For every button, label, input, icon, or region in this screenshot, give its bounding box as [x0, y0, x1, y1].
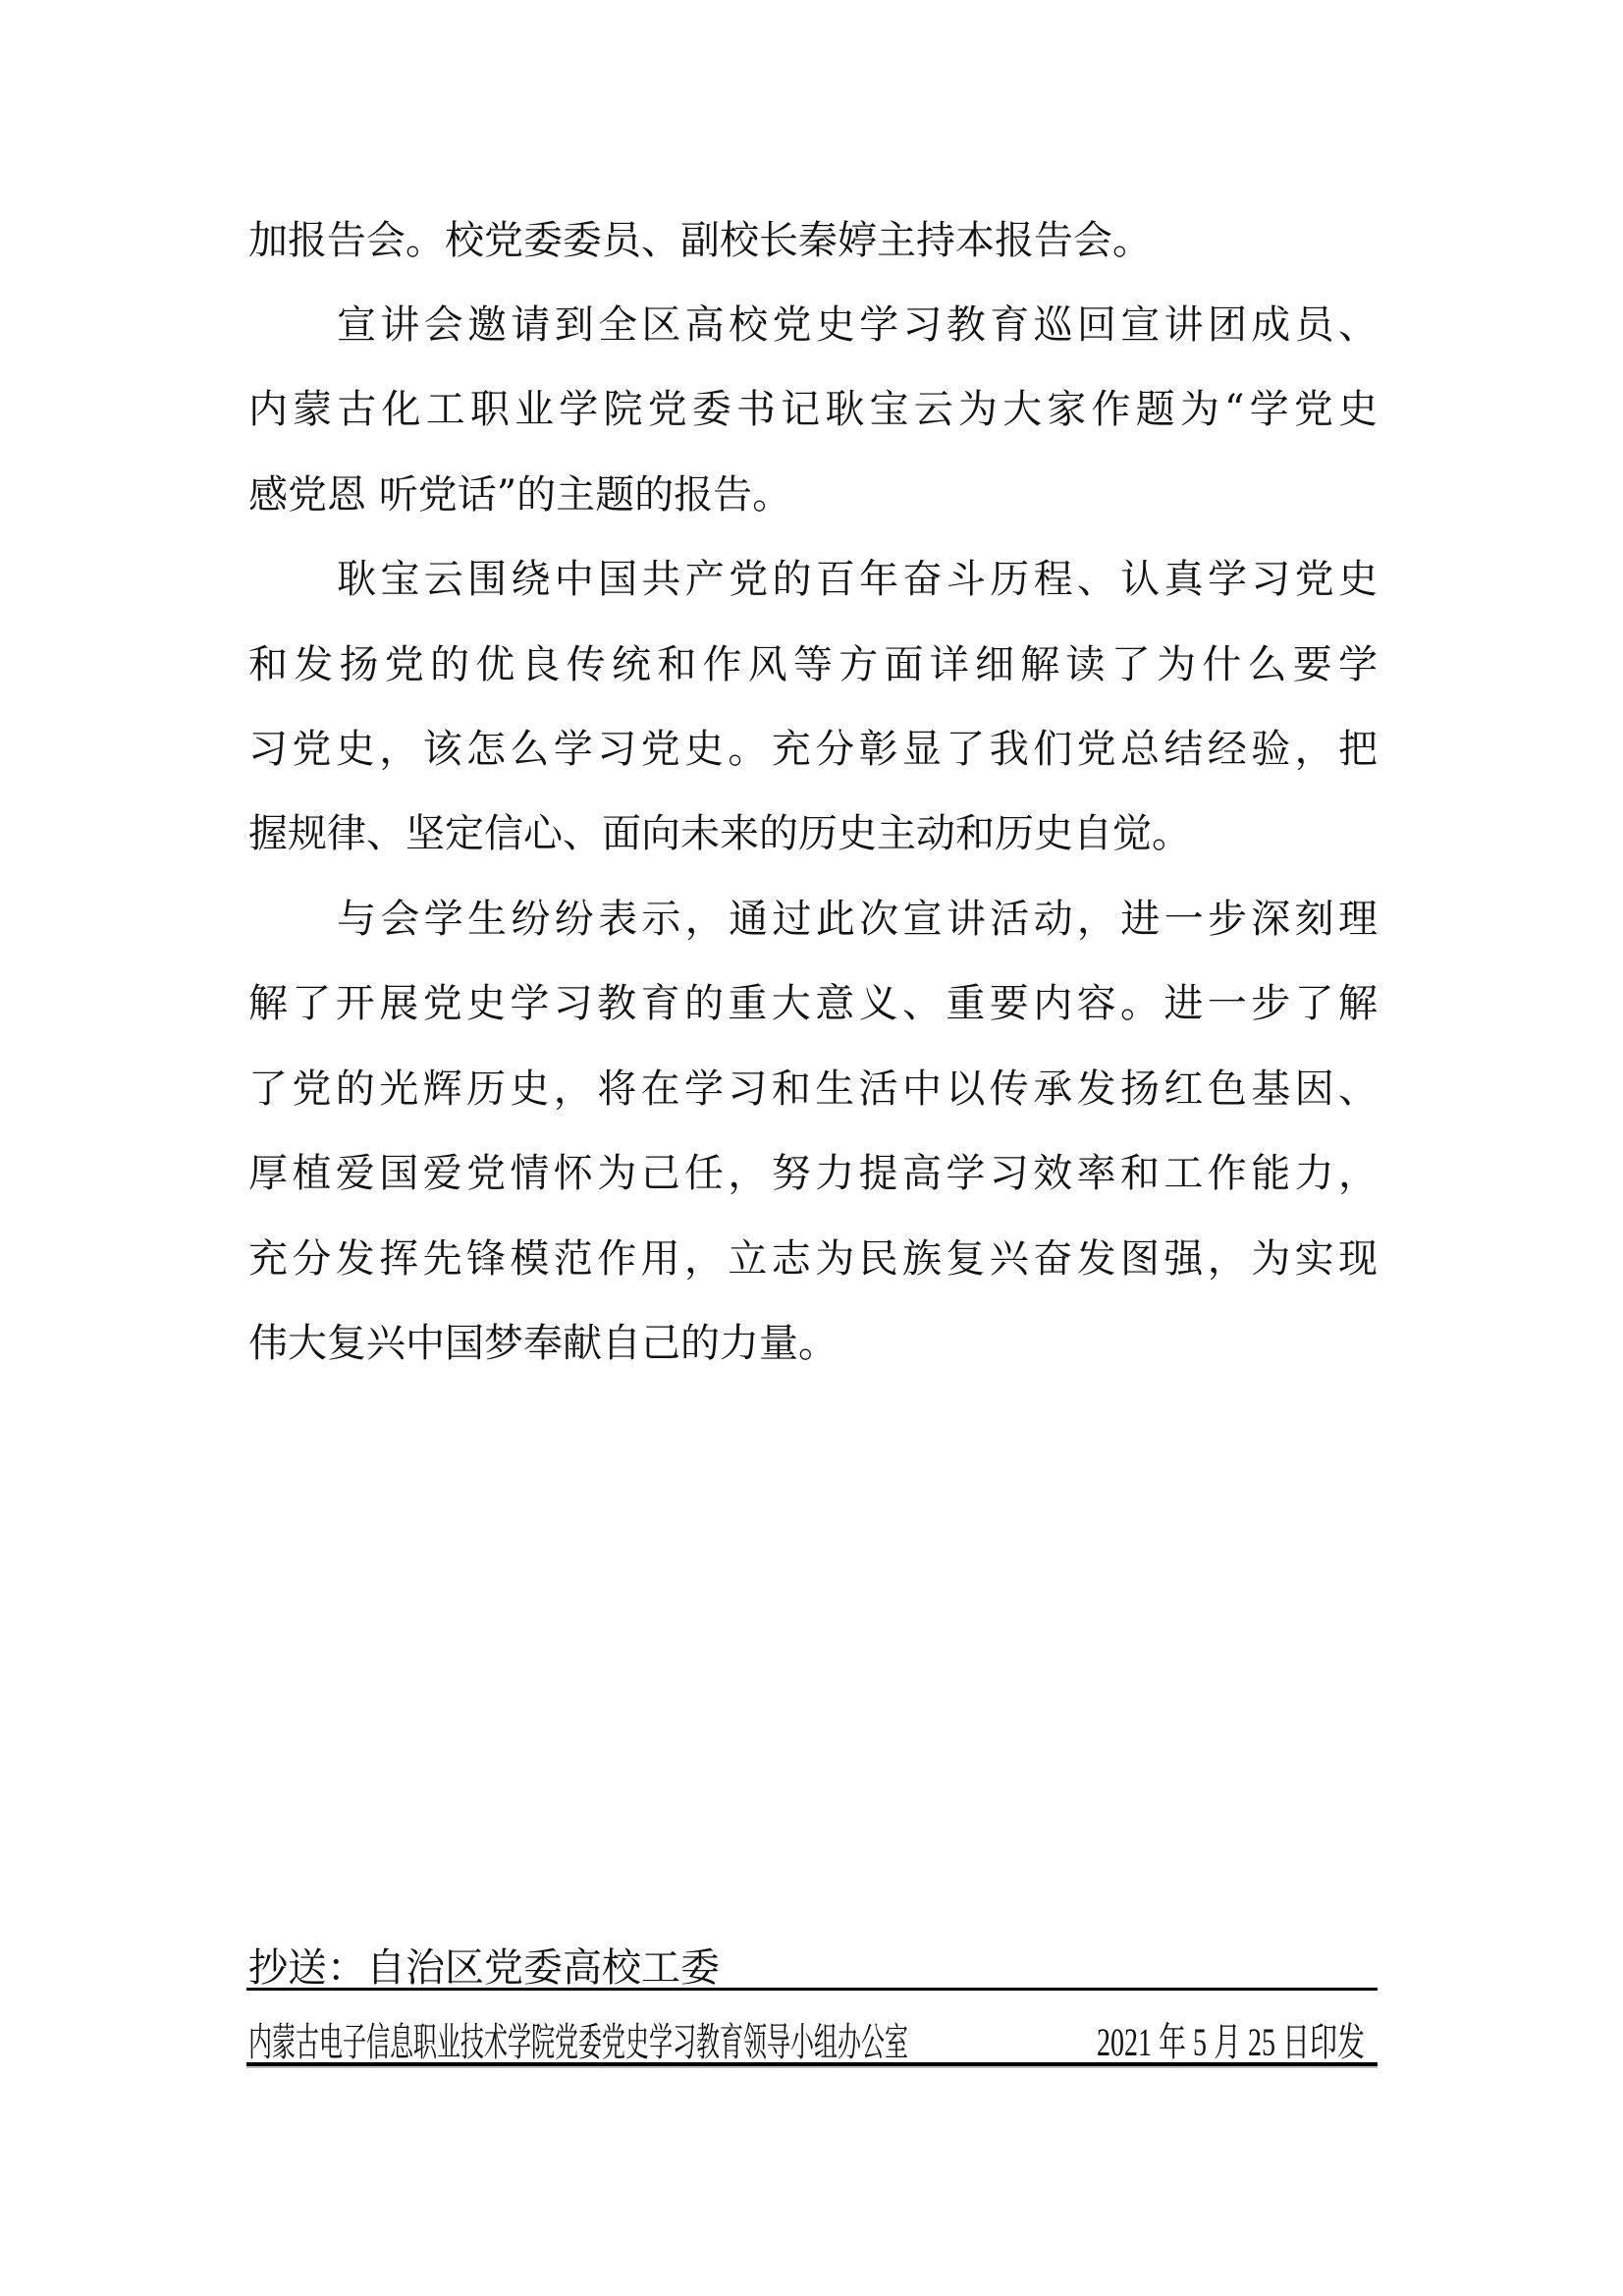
paragraph-line: 内蒙古化工职业学院党委书记耿宝云为大家作题为“学党史 — [248, 386, 1378, 433]
paragraph-line: 感党恩 听党话”的主题的报告。 — [248, 471, 1378, 519]
issue-date: 2021 年 5 月 25 日印发 — [1097, 2019, 1365, 2066]
paragraph-line: 与会学生纷纷表示，通过此次宣讲活动，进一步深刻理 — [337, 896, 1378, 943]
paragraph-line: 习党史，该怎么学习党史。充分彰显了我们党总结经验，把 — [248, 726, 1378, 773]
cc-recipients: 抄送：自治区党委高校工委 — [248, 1944, 720, 1992]
paragraph-line: 宣讲会邀请到全区高校党史学习教育巡回宣讲团成员、 — [337, 301, 1378, 349]
paragraph-line: 厚植爱国爱党情怀为己任，努力提高学习效率和工作能力， — [248, 1150, 1378, 1197]
footer-divider-thin — [246, 1988, 1378, 1991]
issuing-office: 内蒙古电子信息职业技术学院党委党史学习教育领导小组办公室 — [248, 2019, 908, 2066]
paragraph-line: 加报告会。校党委委员、副校长秦婷主持本报告会。 — [248, 217, 1378, 264]
paragraph-line: 解了开展党史学习教育的重大意义、重要内容。进一步了解 — [248, 980, 1378, 1027]
paragraph-line: 和发扬党的优良传统和作风等方面详细解读了为什么要学 — [248, 641, 1378, 688]
paragraph-line: 耿宝云围绕中国共产党的百年奋斗历程、认真学习党史 — [337, 556, 1378, 603]
footer-divider-thick — [246, 2062, 1378, 2068]
paragraph-line: 了党的光辉历史，将在学习和生活中以传承发扬红色基因、 — [248, 1066, 1378, 1113]
paragraph-line: 充分发挥先锋模范作用，立志为民族复兴奋发图强，为实现 — [248, 1235, 1378, 1283]
paragraph-line: 握规律、坚定信心、面向未来的历史主动和历史自觉。 — [248, 810, 1378, 857]
document-page: 加报告会。校党委委员、副校长秦婷主持本报告会。 宣讲会邀请到全区高校党史学习教育… — [0, 0, 1623, 2296]
paragraph-line: 伟大复兴中国梦奉献自己的力量。 — [248, 1320, 1378, 1367]
